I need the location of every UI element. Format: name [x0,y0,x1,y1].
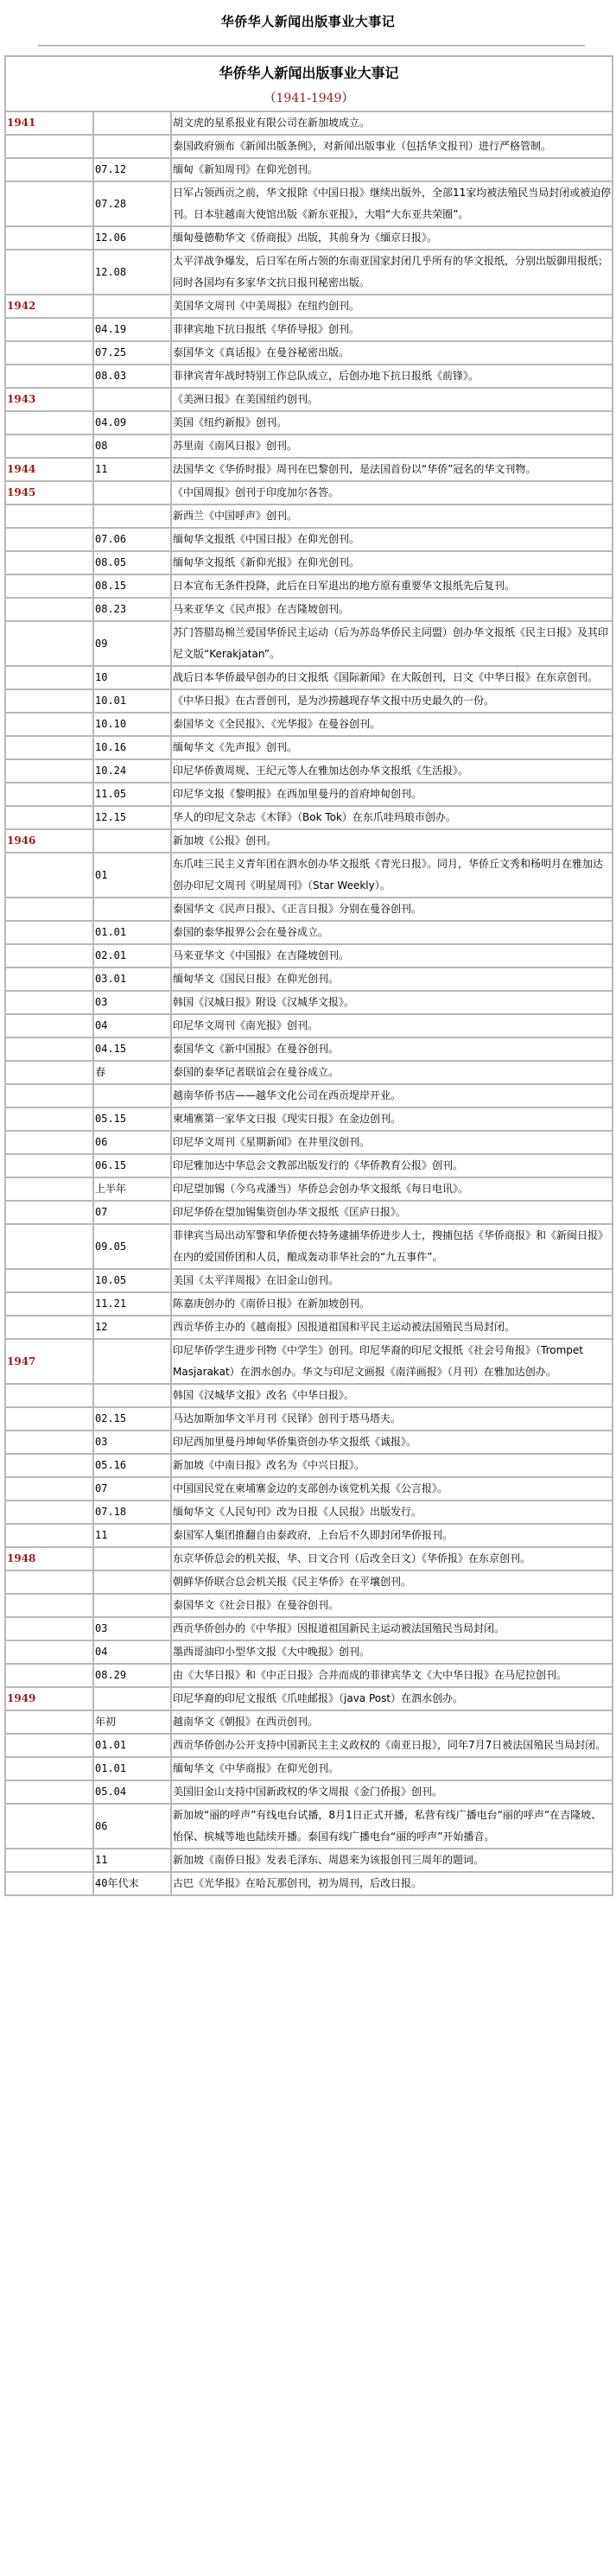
event-cell: 古巴《光华报》在哈瓦那创刊，初为周刊，后改日报。 [171,1872,613,1895]
table-row: 06.15印尼雅加达中华总会文教部出版发行的《华侨教育公报》创刊。 [5,1154,613,1177]
table-row: 泰国华文《社会日报》在曼谷创刊。 [5,1594,613,1617]
date-cell: 10.01 [93,689,171,713]
year-cell [5,551,93,574]
event-cell: 缅甸华文报纸《中国日报》在仰光创刊。 [171,528,613,551]
year-cell [5,1269,93,1292]
table-row: 1942美国华文周刊《中美周报》在纽约创刊。 [5,295,613,318]
date-cell [93,1594,171,1617]
year-cell [5,1407,93,1431]
table-row: 01.01西贡华侨创办公开支持中国新民主主义政权的《南亚日报》，同年7月7日被法… [5,1734,613,1757]
date-cell: 03 [93,1617,171,1640]
table-row: 02.01马来亚华文《中国报》在吉隆坡创刊。 [5,944,613,968]
event-cell: 越南华文《朝报》在西贡创刊。 [171,1710,613,1734]
date-cell: 04 [93,1640,171,1664]
date-cell: 08.23 [93,598,171,621]
event-cell: 泰国政府颁布《新闻出版条例》，对新闻出版事业（包括华文报刊）进行严格管制。 [171,135,613,158]
event-cell: 法国华文《华侨时报》周刊在巴黎创刊，是法国首份以“华侨”冠名的华文刊物。 [171,458,613,481]
date-cell: 02.15 [93,1407,171,1431]
year-cell: 1941 [5,111,93,135]
table-row: 01.01泰国的泰华报界公会在曼谷成立。 [5,921,613,944]
year-cell [5,1061,93,1084]
year-cell: 1949 [5,1687,93,1710]
year-cell [5,1014,93,1037]
year-cell [5,1780,93,1804]
date-cell: 11.05 [93,783,171,806]
table-row: 01.01缅甸华文《中华商报》在仰光创刊。 [5,1757,613,1780]
year-cell [5,598,93,621]
event-cell: 缅甸华文《先声报》创刊。 [171,736,613,759]
table-row: 08.29由《大华日报》和《中正日报》合并而成的菲律宾华文《大中华日报》在马尼拉… [5,1664,613,1687]
table-row: 年初越南华文《朝报》在西贡创刊。 [5,1710,613,1734]
year-cell [5,1384,93,1407]
year-cell [5,1084,93,1107]
event-cell: 印尼华侨学生进步刊物《中学生》创刊。印尼华裔的印尼文报纸《社会号角报》（Trom… [171,1339,613,1384]
date-cell: 12.08 [93,250,171,295]
event-cell: 泰国华文《民声日报》、《正言日报》分别在曼谷创刊。 [171,898,613,921]
date-cell [93,1547,171,1570]
table-row: 韩国《汉城华文报》改名《中华日报》。 [5,1384,613,1407]
date-cell: 01.01 [93,1734,171,1757]
year-cell [5,991,93,1014]
year-cell: 1948 [5,1547,93,1570]
date-cell: 12 [93,1316,171,1339]
date-cell: 06 [93,1804,171,1849]
date-cell: 03 [93,991,171,1014]
event-cell: 泰国华文《真话报》在曼谷秘密出版。 [171,341,613,365]
table-row: 05.15柬埔寨第一家华文日报《现实日报》在金边创刊。 [5,1107,613,1131]
date-cell: 08.29 [93,1664,171,1687]
year-cell [5,1154,93,1177]
date-cell: 05.15 [93,1107,171,1131]
year-cell [5,783,93,806]
date-cell: 04.09 [93,411,171,435]
year-cell [5,1431,93,1454]
table-row: 194411法国华文《华侨时报》周刊在巴黎创刊，是法国首份以“华侨”冠名的华文刊… [5,458,613,481]
date-cell: 04 [93,1014,171,1037]
table-row: 11.05印尼华文报《黎明报》在西加里曼丹的首府坤甸创刊。 [5,783,613,806]
date-cell: 08.15 [93,574,171,598]
table-row: 09.05菲律宾当局出动军警和华侨便衣特务逮捕华侨进步人士，搜捕包括《华侨商报》… [5,1224,613,1269]
date-cell: 11.21 [93,1292,171,1316]
year-cell [5,365,93,388]
date-cell: 01.01 [93,921,171,944]
year-cell [5,1872,93,1895]
date-cell [93,898,171,921]
event-cell: 泰国华文《全民报》、《光华报》在曼谷创刊。 [171,713,613,736]
year-cell [5,1524,93,1547]
year-cell [5,1037,93,1061]
table-row: 12.08太平洋战争爆发，后日军在所占领的东南亚国家封闭几乎所有的华文报纸，分别… [5,250,613,295]
event-cell: 苏里南《南风日报》创刊。 [171,435,613,458]
event-cell: 朝鲜华侨联合总会机关报《民主华侨》在平壤创刊。 [171,1570,613,1594]
table-row: 04.15泰国华文《新中国报》在曼谷创刊。 [5,1037,613,1061]
date-cell: 07.28 [93,181,171,226]
year-cell [5,1131,93,1154]
year-cell [5,944,93,968]
table-row: 04.09美国《纽约新报》创刊。 [5,411,613,435]
date-cell: 上半年 [93,1177,171,1201]
table-row: 05.16新加坡《中南日报》改名为《中兴日报》。 [5,1454,613,1477]
table-row: 12.15华人的印尼文杂志《木铎》（Bok Tok）在东爪哇玛琅市创办。 [5,806,613,829]
date-cell [93,504,171,528]
date-cell: 07 [93,1201,171,1224]
year-cell [5,1454,93,1477]
date-cell: 12.15 [93,806,171,829]
date-cell: 08.03 [93,365,171,388]
date-cell: 08.05 [93,551,171,574]
table-row: 06新加坡“丽的呼声”有线电台试播，8月1日正式开播，私营有线广播电台“丽的呼声… [5,1804,613,1849]
date-cell: 03.01 [93,968,171,991]
event-cell: 泰国军人集团推翻自由泰政府，上台后不久即封闭华侨报刊。 [171,1524,613,1547]
date-cell: 06.15 [93,1154,171,1177]
date-cell [93,1339,171,1384]
date-cell: 07.06 [93,528,171,551]
table-row: 12西贡华侨主办的《越南报》因报道祖国和平民主运动被法国殖民当局封闭。 [5,1316,613,1339]
event-cell: 印尼华侨在望加锡集资创办华文报纸《匡庐日报》。 [171,1201,613,1224]
date-cell: 09 [93,621,171,666]
divider-rule [38,45,585,47]
year-cell [5,853,93,898]
event-cell: 印尼华文报《黎明报》在西加里曼丹的首府坤甸创刊。 [171,783,613,806]
table-row: 08苏里南《南风日报》创刊。 [5,435,613,458]
event-cell: 泰国的泰华记者联谊会在曼谷成立。 [171,1061,613,1084]
year-cell [5,898,93,921]
date-cell: 春 [93,1061,171,1084]
year-cell [5,921,93,944]
event-cell: 新加坡《公报》创刊。 [171,829,613,853]
event-cell: 中国国民党在柬埔寨金边的支部创办该党机关报《公言报》。 [171,1477,613,1501]
year-cell [5,411,93,435]
table-row: 03韩国《汉城日报》附设《汉城华文报》。 [5,991,613,1014]
event-cell: 印尼西加里曼丹坤甸华侨集资创办华文报纸《诚报》。 [171,1431,613,1454]
year-cell: 1943 [5,388,93,411]
chronology-table: 华侨华人新闻出版事业大事记 （1941-1949） 1941胡文虎的星系报业有限… [4,55,613,1896]
table-row: 06印尼华文周刊《星期新闻》在井里汶创刊。 [5,1131,613,1154]
event-cell: 缅甸华文报纸《新仰光报》在仰光创刊。 [171,551,613,574]
year-cell [5,736,93,759]
year-cell [5,621,93,666]
year-cell [5,666,93,689]
year-cell [5,158,93,181]
date-cell: 07.18 [93,1501,171,1524]
event-cell: 《美洲日报》在美国纽约创刊。 [171,388,613,411]
date-cell [93,829,171,853]
date-cell: 年初 [93,1710,171,1734]
table-row: 1945《中国周报》创刊于印度加尔各答。 [5,481,613,504]
date-cell: 12.06 [93,226,171,250]
date-cell: 10.05 [93,1269,171,1292]
year-cell [5,1107,93,1131]
event-cell: 缅甸《新知周刊》在仰光创刊。 [171,158,613,181]
event-cell: 马来亚华文《中国报》在吉隆坡创刊。 [171,944,613,968]
date-cell [93,388,171,411]
event-cell: 柬埔寨第一家华文日报《现实日报》在金边创刊。 [171,1107,613,1131]
year-cell: 1945 [5,481,93,504]
table-row: 11新加坡《南侨日报》发表毛泽东、周恩来为该报创刊三周年的题词。 [5,1849,613,1872]
event-cell: 韩国《汉城日报》附设《汉城华文报》。 [171,991,613,1014]
table-row: 07印尼华侨在望加锡集资创办华文报纸《匡庐日报》。 [5,1201,613,1224]
date-cell: 11 [93,1524,171,1547]
year-cell [5,1477,93,1501]
date-cell: 01 [93,853,171,898]
date-cell: 10.24 [93,759,171,783]
year-cell [5,1224,93,1269]
table-row: 07.28日军占领西贡之前，华文报除《中国日报》继续出版外，全部11家均被法殖民… [5,181,613,226]
table-row: 09苏门答腊岛棉兰爱国华侨民主运动（后为苏岛华侨民主同盟）创办华文报纸《民主日报… [5,621,613,666]
year-range: （1941-1949） [6,88,612,111]
event-cell: 缅甸华文《国民日报》在仰光创刊。 [171,968,613,991]
date-cell: 10 [93,666,171,689]
year-cell [5,968,93,991]
event-cell: 缅甸曼德勒华文《侨商报》出版，其前身为《缅京日报》。 [171,226,613,250]
table-row: 新西兰《中国呼声》创刊。 [5,504,613,528]
year-cell [5,1710,93,1734]
year-cell [5,1594,93,1617]
table-row: 02.15马达加斯加华文半月刊《民铎》创刊于塔马塔夫。 [5,1407,613,1431]
event-cell: 印尼华裔的印尼文报纸《爪哇邮报》（java Post）在泗水创办。 [171,1687,613,1710]
event-cell: 《中华日报》在古晋创刊，是为沙捞越现存华文报中历史最久的一份。 [171,689,613,713]
year-cell [5,341,93,365]
event-cell: 西贡华侨主办的《越南报》因报道祖国和平民主运动被法国殖民当局封闭。 [171,1316,613,1339]
table-row: 1949印尼华裔的印尼文报纸《爪哇邮报》（java Post）在泗水创办。 [5,1687,613,1710]
table-row: 07.12缅甸《新知周刊》在仰光创刊。 [5,158,613,181]
year-cell [5,1501,93,1524]
year-cell [5,1617,93,1640]
event-cell: 缅甸华文《中华商报》在仰光创刊。 [171,1757,613,1780]
table-header-row: 华侨华人新闻出版事业大事记 （1941-1949） [5,56,613,111]
date-cell [93,481,171,504]
table-row: 07.25泰国华文《真话报》在曼谷秘密出版。 [5,341,613,365]
event-cell: 日本宣布无条件投降，此后在日军退出的地方原有重要华文报纸先后复刊。 [171,574,613,598]
table-row: 08.23马来亚华文《民声报》在吉隆坡创刊。 [5,598,613,621]
date-cell: 05.04 [93,1780,171,1804]
table-row: 春泰国的泰华记者联谊会在曼谷成立。 [5,1061,613,1084]
table-row: 12.06缅甸曼德勒华文《侨商报》出版，其前身为《缅京日报》。 [5,226,613,250]
table-row: 泰国华文《民声日报》、《正言日报》分别在曼谷创刊。 [5,898,613,921]
event-cell: 美国《纽约新报》创刊。 [171,411,613,435]
event-cell: 苏门答腊岛棉兰爱国华侨民主运动（后为苏岛华侨民主同盟）创办华文报纸《民主日报》及… [171,621,613,666]
table-row: 05.04美国旧金山支持中国新政权的华文周报《金门侨报》创刊。 [5,1780,613,1804]
event-cell: 韩国《汉城华文报》改名《中华日报》。 [171,1384,613,1407]
date-cell [93,1687,171,1710]
year-cell [5,504,93,528]
year-cell [5,1734,93,1757]
year-cell [5,181,93,226]
table-title: 华侨华人新闻出版事业大事记 [6,57,612,88]
table-row: 10.05美国《太平洋周报》在旧金山创刊。 [5,1269,613,1292]
table-row: 1948东京华侨总会的机关报，华、日文合刊（后改全日文）《华侨报》在东京创刊。 [5,1547,613,1570]
table-row: 越南华侨书店——越华文化公司在西贡堤岸开业。 [5,1084,613,1107]
event-cell: 美国旧金山支持中国新政权的华文周报《金门侨报》创刊。 [171,1780,613,1804]
table-row: 1947印尼华侨学生进步刊物《中学生》创刊。印尼华裔的印尼文报纸《社会号角报》（… [5,1339,613,1384]
event-cell: 东京华侨总会的机关报，华、日文合刊（后改全日文）《华侨报》在东京创刊。 [171,1547,613,1570]
date-cell: 07 [93,1477,171,1501]
year-cell: 1944 [5,458,93,481]
page-title: 华侨华人新闻出版事业大事记 [0,0,616,35]
table-row: 08.03菲律宾青年战时特别工作总队成立，后创办地下抗日报纸《前锋》。 [5,365,613,388]
year-cell [5,713,93,736]
table-row: 1946新加坡《公报》创刊。 [5,829,613,853]
event-cell: 西贡华侨创办公开支持中国新民主主义政权的《南亚日报》，同年7月7日被法国殖民当局… [171,1734,613,1757]
table-row: 01东爪哇三民主义青年团在泗水创办华文报纸《青光日报》。同月，华侨丘文秀和杨明月… [5,853,613,898]
event-cell: 陈嘉庚创办的《南侨日报》在新加坡创刊。 [171,1292,613,1316]
date-cell [93,1384,171,1407]
event-cell: 西贡华侨创办的《中华报》因报道祖国新民主运动被法国殖民当局封闭。 [171,1617,613,1640]
table-row: 03印尼西加里曼丹坤甸华侨集资创办华文报纸《诚报》。 [5,1431,613,1454]
table-row: 10.24印尼华侨黄周规、王纪元等人在雅加达创办华文报纸《生活报》。 [5,759,613,783]
table-row: 40年代末古巴《光华报》在哈瓦那创刊，初为周刊，后改日报。 [5,1872,613,1895]
event-cell: 泰国的泰华报界公会在曼谷成立。 [171,921,613,944]
event-cell: 菲律宾青年战时特别工作总队成立，后创办地下抗日报纸《前锋》。 [171,365,613,388]
table-row: 10.01《中华日报》在古晋创刊，是为沙捞越现存华文报中历史最久的一份。 [5,689,613,713]
year-cell [5,135,93,158]
table-row: 1943《美洲日报》在美国纽约创刊。 [5,388,613,411]
event-cell: 美国华文周刊《中美周报》在纽约创刊。 [171,295,613,318]
table-row: 03.01缅甸华文《国民日报》在仰光创刊。 [5,968,613,991]
year-cell [5,1570,93,1594]
year-cell [5,528,93,551]
table-row: 1941胡文虎的星系报业有限公司在新加坡成立。 [5,111,613,135]
date-cell: 10.16 [93,736,171,759]
table-row: 10战后日本华侨最早创办的日文报纸《国际新闻》在大阪创刊，日文《中华日报》在东京… [5,666,613,689]
table-row: 04印尼华文周刊《南光报》创刊。 [5,1014,613,1037]
year-cell [5,1804,93,1849]
year-cell [5,1757,93,1780]
table-row: 朝鲜华侨联合总会机关报《民主华侨》在平壤创刊。 [5,1570,613,1594]
date-cell: 05.16 [93,1454,171,1477]
date-cell: 07.25 [93,341,171,365]
table-row: 04墨西哥油印小型华文报《大中晚报》创刊。 [5,1640,613,1664]
event-cell: 太平洋战争爆发，后日军在所占领的东南亚国家封闭几乎所有的华文报纸，分别出版御用报… [171,250,613,295]
date-cell: 04.15 [93,1037,171,1061]
date-cell: 40年代末 [93,1872,171,1895]
event-cell: 马来亚华文《民声报》在吉隆坡创刊。 [171,598,613,621]
date-cell: 01.01 [93,1757,171,1780]
year-cell [5,1292,93,1316]
date-cell: 07.12 [93,158,171,181]
table-row: 泰国政府颁布《新闻出版条例》，对新闻出版事业（包括华文报刊）进行严格管制。 [5,135,613,158]
year-cell [5,1177,93,1201]
event-cell: 菲律宾当局出动军警和华侨便衣特务逮捕华侨进步人士，搜捕包括《华侨商报》和《新闽日… [171,1224,613,1269]
event-cell: 新加坡《南侨日报》发表毛泽东、周恩来为该报创刊三周年的题词。 [171,1849,613,1872]
year-cell [5,1664,93,1687]
date-cell [93,295,171,318]
date-cell: 11 [93,458,171,481]
year-cell [5,806,93,829]
year-cell [5,1201,93,1224]
date-cell: 10.10 [93,713,171,736]
year-range-value: 1941-1949 [276,92,342,105]
table-row: 11泰国军人集团推翻自由泰政府，上台后不久即封闭华侨报刊。 [5,1524,613,1547]
event-cell: 印尼雅加达中华总会文教部出版发行的《华侨教育公报》创刊。 [171,1154,613,1177]
event-cell: 《中国周报》创刊于印度加尔各答。 [171,481,613,504]
date-cell: 06 [93,1131,171,1154]
table-row: 07中国国民党在柬埔寨金边的支部创办该党机关报《公言报》。 [5,1477,613,1501]
date-cell [93,111,171,135]
event-cell: 墨西哥油印小型华文报《大中晚报》创刊。 [171,1640,613,1664]
year-cell [5,759,93,783]
date-cell [93,135,171,158]
table-body: 1941胡文虎的星系报业有限公司在新加坡成立。泰国政府颁布《新闻出版条例》，对新… [5,111,613,1895]
date-cell [93,1084,171,1107]
event-cell: 菲律宾地下抗日报纸《华侨导报》创刊。 [171,318,613,341]
event-cell: 泰国华文《社会日报》在曼谷创刊。 [171,1594,613,1617]
table-row: 10.16缅甸华文《先声报》创刊。 [5,736,613,759]
event-cell: 缅甸华文《人民旬刊》改为日报《人民报》出版发行。 [171,1501,613,1524]
event-cell: 马达加斯加华文半月刊《民铎》创刊于塔马塔夫。 [171,1407,613,1431]
event-cell: 战后日本华侨最早创办的日文报纸《国际新闻》在大阪创刊，日文《中华日报》在东京创刊… [171,666,613,689]
date-cell: 04.19 [93,318,171,341]
event-cell: 泰国华文《新中国报》在曼谷创刊。 [171,1037,613,1061]
event-cell: 印尼华文周刊《星期新闻》在井里汶创刊。 [171,1131,613,1154]
year-cell: 1947 [5,1339,93,1384]
year-cell [5,226,93,250]
date-cell: 08 [93,435,171,458]
event-cell: 印尼华文周刊《南光报》创刊。 [171,1014,613,1037]
table-row: 07.18缅甸华文《人民旬刊》改为日报《人民报》出版发行。 [5,1501,613,1524]
event-cell: 越南华侨书店——越华文化公司在西贡堤岸开业。 [171,1084,613,1107]
table-row: 04.19菲律宾地下抗日报纸《华侨导报》创刊。 [5,318,613,341]
event-cell: 印尼望加锡（今乌戎潘当）华侨总会创办华文报纸《每日电讯》。 [171,1177,613,1201]
event-cell: 新西兰《中国呼声》创刊。 [171,504,613,528]
table-row: 上半年印尼望加锡（今乌戎潘当）华侨总会创办华文报纸《每日电讯》。 [5,1177,613,1201]
year-cell [5,574,93,598]
table-row: 11.21陈嘉庚创办的《南侨日报》在新加坡创刊。 [5,1292,613,1316]
date-cell: 09.05 [93,1224,171,1269]
year-cell [5,250,93,295]
event-cell: 日军占领西贡之前，华文报除《中国日报》继续出版外，全部11家均被法殖民当局封闭或… [171,181,613,226]
year-cell [5,318,93,341]
table-row: 10.10泰国华文《全民报》、《光华报》在曼谷创刊。 [5,713,613,736]
event-cell: 美国《太平洋周报》在旧金山创刊。 [171,1269,613,1292]
year-cell [5,689,93,713]
table-row: 07.06缅甸华文报纸《中国日报》在仰光创刊。 [5,528,613,551]
year-cell: 1942 [5,295,93,318]
date-cell: 02.01 [93,944,171,968]
table-row: 08.05缅甸华文报纸《新仰光报》在仰光创刊。 [5,551,613,574]
event-cell: 华人的印尼文杂志《木铎》（Bok Tok）在东爪哇玛琅市创办。 [171,806,613,829]
table-header: 华侨华人新闻出版事业大事记 （1941-1949） [5,56,613,111]
event-cell: 胡文虎的星系报业有限公司在新加坡成立。 [171,111,613,135]
year-cell [5,1640,93,1664]
date-cell: 11 [93,1849,171,1872]
date-cell [93,1570,171,1594]
event-cell: 由《大华日报》和《中正日报》合并而成的菲律宾华文《大中华日报》在马尼拉创刊。 [171,1664,613,1687]
table-row: 08.15日本宣布无条件投降，此后在日军退出的地方原有重要华文报纸先后复刊。 [5,574,613,598]
event-cell: 新加坡“丽的呼声”有线电台试播，8月1日正式开播，私营有线广播电台“丽的呼声”在… [171,1804,613,1849]
date-cell: 03 [93,1431,171,1454]
year-cell [5,1849,93,1872]
event-cell: 东爪哇三民主义青年团在泗水创办华文报纸《青光日报》。同月，华侨丘文秀和杨明月在雅… [171,853,613,898]
year-cell [5,1316,93,1339]
year-cell [5,435,93,458]
event-cell: 印尼华侨黄周规、王纪元等人在雅加达创办华文报纸《生活报》。 [171,759,613,783]
table-row: 03西贡华侨创办的《中华报》因报道祖国新民主运动被法国殖民当局封闭。 [5,1617,613,1640]
event-cell: 新加坡《中南日报》改名为《中兴日报》。 [171,1454,613,1477]
year-cell: 1946 [5,829,93,853]
